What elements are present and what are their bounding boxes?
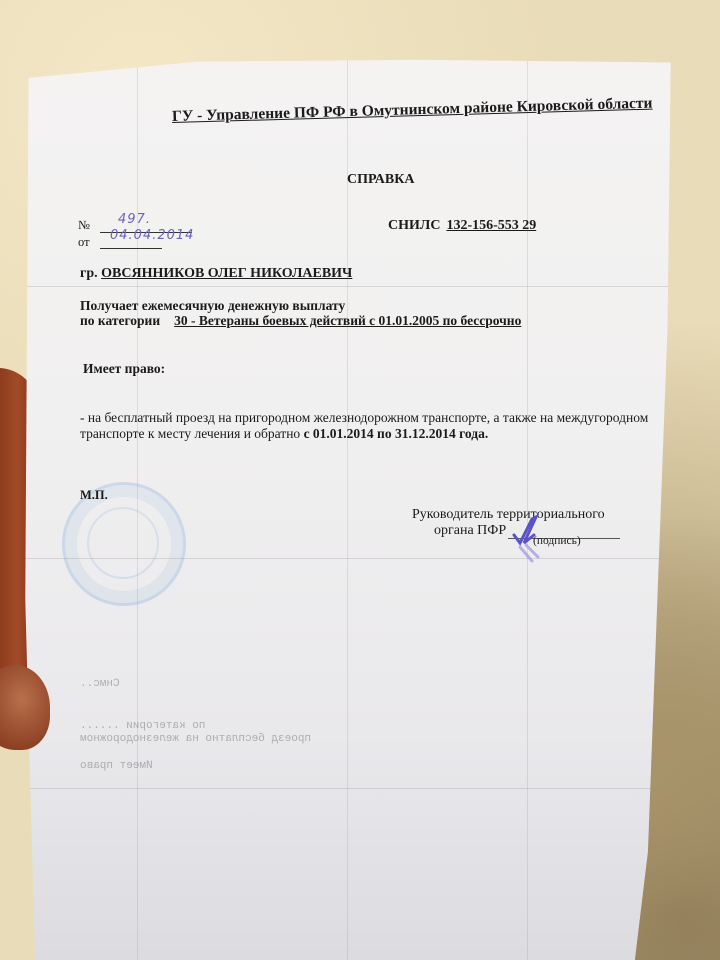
date-label: от — [78, 235, 90, 250]
citizen-field: гр. ОВСЯННИКОВ ОЛЕГ НИКОЛАЕВИЧ — [80, 266, 352, 282]
handwritten-signature-icon — [510, 513, 550, 563]
bleed-through-text: Имеет право — [80, 760, 153, 772]
payment-line-2: по категории30 - Ветераны боевых действи… — [80, 313, 521, 329]
fold-line — [347, 58, 348, 960]
fold-line — [22, 286, 674, 287]
seal-label: М.П. — [80, 488, 108, 503]
signatory-line-1: Руководитель территориального — [412, 507, 605, 523]
payment-category-value: 30 - Ветераны боевых действий с 01.01.20… — [174, 313, 521, 328]
payment-category-label: по категории — [80, 313, 160, 328]
rights-line-1: - на бесплатный проезд на пригородном же… — [80, 410, 648, 426]
fold-line — [22, 788, 674, 789]
citizen-prefix: гр. — [80, 266, 98, 281]
rights-line-2: транспорте к месту лечения и обратно с 0… — [80, 426, 488, 442]
payment-line-1: Получает ежемесячную денежную выплату — [80, 298, 345, 314]
snils-value: 132-156-553 29 — [446, 218, 536, 233]
citizen-name: ОВСЯННИКОВ ОЛЕГ НИКОЛАЕВИЧ — [101, 266, 352, 281]
date-handwritten: 04.04.2014 — [110, 228, 194, 243]
date-underline — [100, 248, 162, 249]
bleed-through-text: проезд бесплатно на железнодорожном — [80, 733, 311, 745]
snils-field: СНИЛС132-156-553 29 — [388, 218, 536, 234]
signatory-line-2: органа ПФР — [434, 523, 506, 539]
rights-line-2-text: транспорте к месту лечения и обратно — [80, 426, 304, 441]
document-title: СПРАВКА — [347, 172, 414, 188]
snils-label: СНИЛС — [388, 218, 440, 233]
rights-heading: Имеет право: — [83, 361, 165, 377]
rights-period: с 01.01.2014 по 31.12.2014 года. — [304, 426, 489, 441]
number-label: № — [78, 218, 90, 233]
number-handwritten: 497. — [118, 212, 151, 227]
bleed-through-text: Cнмс.. — [80, 678, 120, 690]
bleed-through-text: по категории ...... — [80, 720, 205, 732]
